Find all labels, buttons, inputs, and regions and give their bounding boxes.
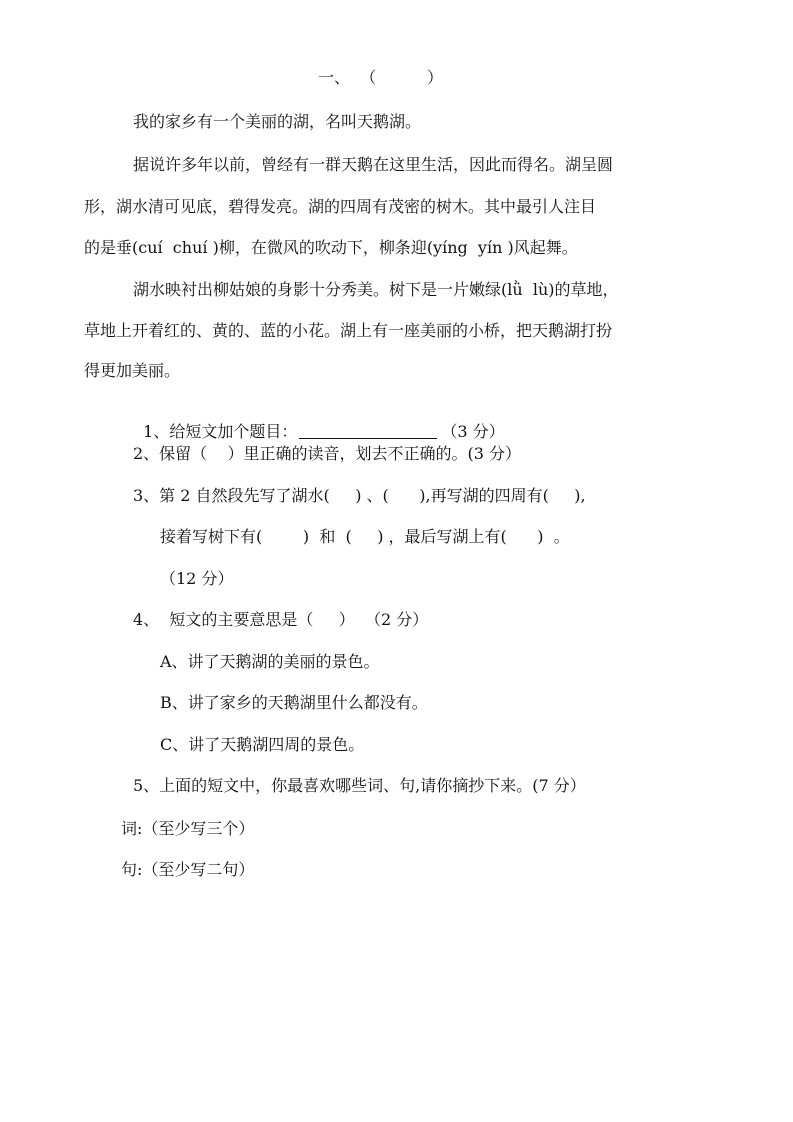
passage-line: 的是垂(cuí chuí )柳，在微风的吹动下，柳条迎(yíng yín )风起… bbox=[84, 238, 578, 258]
option-a: A、讲了天鹅湖的美丽的景色。 bbox=[160, 652, 380, 672]
passage-line: 我的家乡有一个美丽的湖，名叫天鹅湖。 bbox=[133, 112, 421, 132]
question-5-words-prompt: 词:（至少写三个） bbox=[121, 819, 254, 839]
question-1-text: 1、给短文加个题目： bbox=[143, 422, 297, 441]
option-b: B、讲了家乡的天鹅湖里什么都没有。 bbox=[160, 693, 428, 713]
question-1-score: （3 分） bbox=[441, 422, 504, 441]
passage-line: 得更加美丽。 bbox=[84, 361, 180, 381]
passage-line: 据说许多年以前，曾经有一群天鹅在这里生活，因此而得名。湖呈圆 bbox=[133, 155, 613, 175]
question-5-sentences-prompt: 句:（至少写二句） bbox=[121, 860, 254, 880]
passage-line: 湖水映衬出柳姑娘的身影十分秀美。树下是一片嫩绿(lǜ lù)的草地， bbox=[133, 280, 619, 300]
question-1: 1、给短文加个题目：（3 分） bbox=[133, 402, 505, 442]
question-3-score: （12 分） bbox=[160, 569, 233, 589]
passage-line: 形，湖水清可见底，碧得发亮。湖的四周有茂密的树木。其中最引人注目 bbox=[84, 197, 596, 217]
option-c: C、讲了天鹅湖四周的景色。 bbox=[160, 735, 364, 755]
question-5: 5、上面的短文中，你最喜欢哪些词、句,请你摘抄下来。(7 分） bbox=[133, 776, 586, 796]
question-3-line-2: 接着写树下有( ) 和 ( ) ，最后写湖上有( ) 。 bbox=[160, 527, 570, 547]
title-answer-blank[interactable] bbox=[299, 422, 437, 439]
question-3-line-1: 3、第 2 自然段先写了湖水( ) 、( ),再写湖的四周有( ), bbox=[133, 486, 586, 506]
section-title: 一、 （ ） bbox=[318, 68, 443, 88]
question-2: 2、保留（ ）里正确的读音，划去不正确的。(3 分） bbox=[133, 444, 521, 464]
passage-line: 草地上开着红的、黄的、蓝的小花。湖上有一座美丽的小桥，把天鹅湖打扮 bbox=[84, 321, 612, 341]
question-4: 4、 短文的主要意思是（ ） （2 分） bbox=[133, 610, 428, 630]
